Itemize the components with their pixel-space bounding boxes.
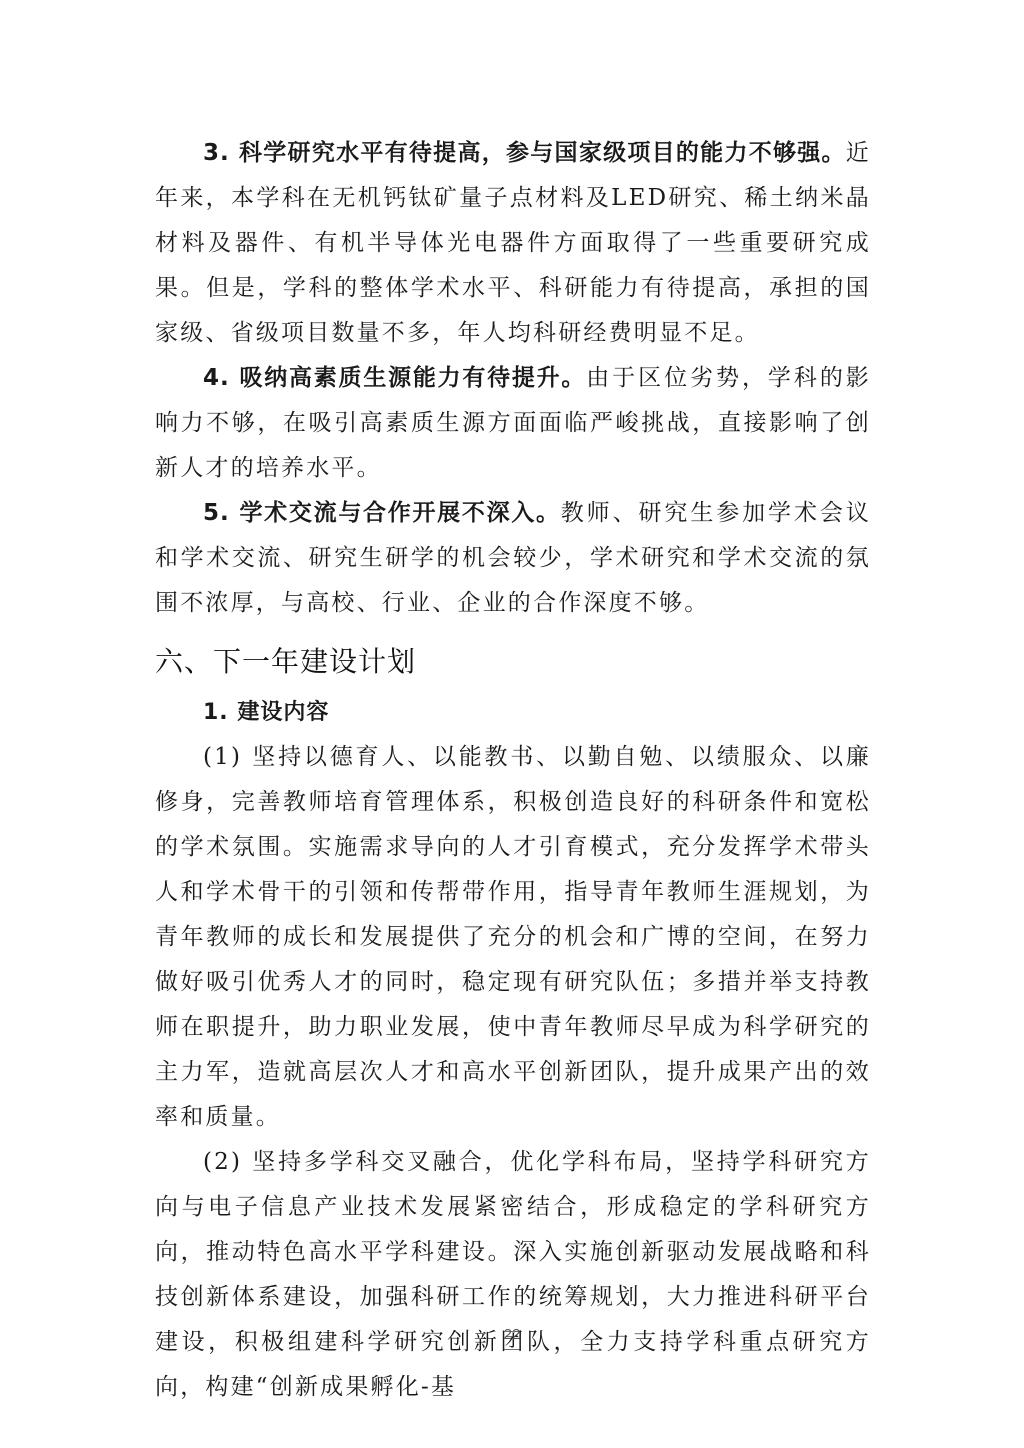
plan-item-2: (2) 坚持多学科交叉融合，优化学科布局，坚持学科研究方向与电子信息产业技术发展…	[155, 1140, 871, 1410]
paragraph-item-3: 3. 科学研究水平有待提高，参与国家级项目的能力不够强。近年来，本学科在无机钙钛…	[155, 131, 871, 356]
paragraph-text: 近年来，本学科在无机钙钛矿量子点材料及LED研究、稀土纳米晶材料及器件、有机半导…	[155, 140, 871, 346]
paragraph-item-5: 5. 学术交流与合作开展不深入。教师、研究生参加学术会议和学术交流、研究生研学的…	[155, 491, 871, 626]
page-content: 3. 科学研究水平有待提高，参与国家级项目的能力不够强。近年来，本学科在无机钙钛…	[155, 131, 871, 1410]
paragraph-item-4: 4. 吸纳高素质生源能力有待提升。由于区位劣势，学科的影响力不够，在吸引高素质生…	[155, 356, 871, 491]
paragraph-lead: 5. 学术交流与合作开展不深入。	[203, 500, 561, 526]
plan-item-1: (1) 坚持以德育人、以能教书、以勤自勉、以绩服众、以廉修身，完善教师培育管理体…	[155, 735, 871, 1140]
document-page: 3. 科学研究水平有待提高，参与国家级项目的能力不够强。近年来，本学科在无机钙钛…	[0, 0, 1024, 1448]
page-number: 22	[0, 1326, 1024, 1343]
paragraph-lead: 3. 科学研究水平有待提高，参与国家级项目的能力不够强。	[203, 140, 846, 166]
section-heading: 六、下一年建设计划	[155, 642, 871, 682]
paragraph-lead: 4. 吸纳高素质生源能力有待提升。	[203, 365, 586, 391]
subsection-heading: 1. 建设内容	[155, 690, 871, 735]
